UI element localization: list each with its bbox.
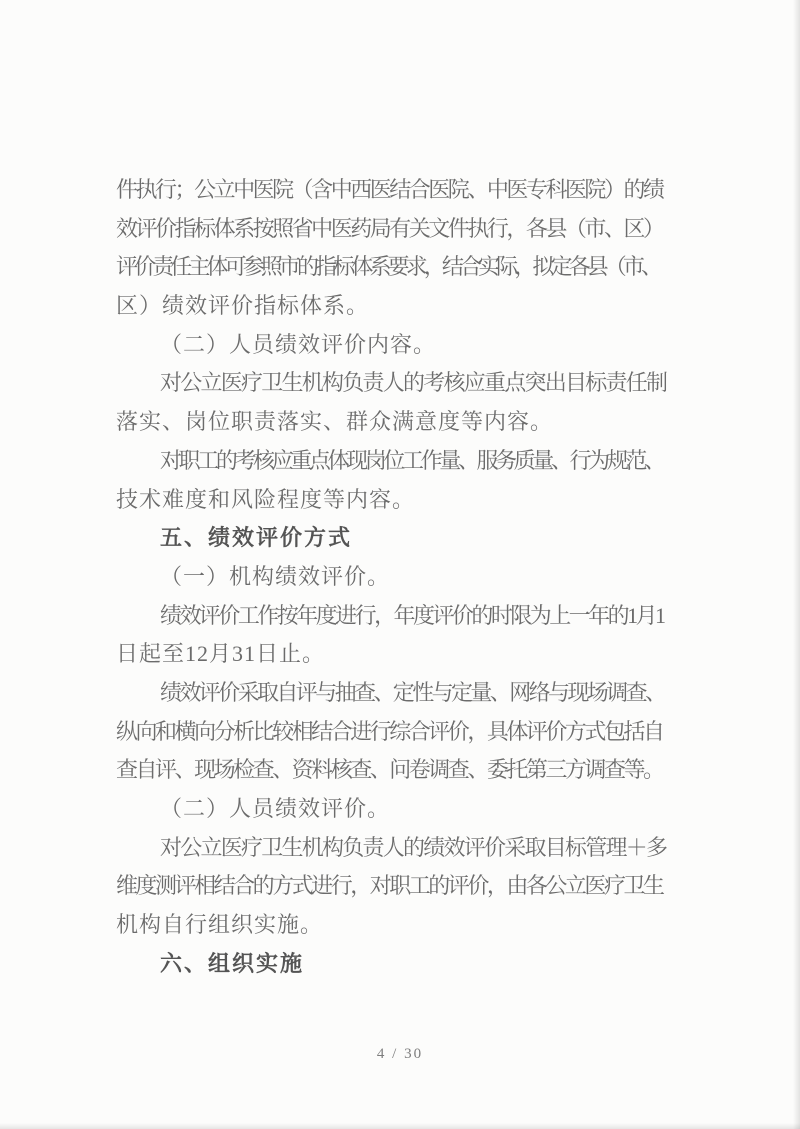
text-line: 维度测评相结合的方式进行，对职工的评价，由各公立医疗卫生 bbox=[116, 867, 693, 906]
section-heading: 五、绩效评价方式 bbox=[116, 519, 693, 558]
text-line: 绩效评价采取自评与抽查、定性与定量、网络与现场调查、 bbox=[116, 674, 693, 713]
text-line: 件执行；公立中医院（含中西医结合医院、中医专科医院）的绩 bbox=[116, 171, 693, 210]
text-line: 日起至12月31日止。 bbox=[116, 635, 693, 674]
section-heading: 六、组织实施 bbox=[116, 945, 693, 984]
page-edge-shadow-bottom bbox=[0, 1123, 800, 1129]
text-line: （二）人员绩效评价。 bbox=[116, 790, 693, 829]
text-line: 效评价指标体系按照省中医药局有关文件执行，各县（市、区） bbox=[116, 210, 693, 249]
text-line: 机构自行组织实施。 bbox=[116, 906, 693, 945]
text-line: 技术难度和风险程度等内容。 bbox=[116, 481, 693, 520]
page-number: 4 / 30 bbox=[0, 1046, 800, 1063]
text-block: 件执行；公立中医院（含中西医结合医院、中医专科医院）的绩效评价指标体系按照省中医… bbox=[116, 171, 693, 983]
text-line: 纵向和横向分析比较相结合进行综合评价，具体评价方式包括自 bbox=[116, 713, 693, 752]
text-line: 评价责任主体可参照市的指标体系要求，结合实际，拟定各县（市、 bbox=[116, 248, 693, 287]
document-page: 件执行；公立中医院（含中西医结合医院、中医专科医院）的绩效评价指标体系按照省中医… bbox=[0, 0, 800, 1129]
text-line: 对公立医疗卫生机构负责人的绩效评价采取目标管理＋多 bbox=[116, 829, 693, 868]
text-line: （一）机构绩效评价。 bbox=[116, 558, 693, 597]
text-line: 绩效评价工作按年度进行，年度评价的时限为上一年的1月1 bbox=[116, 597, 693, 636]
text-line: 落实、岗位职责落实、群众满意度等内容。 bbox=[116, 403, 693, 442]
text-line: 区）绩效评价指标体系。 bbox=[116, 287, 693, 326]
text-line: 对职工的考核应重点体现岗位工作量、服务质量、行为规范、 bbox=[116, 442, 693, 481]
text-line: （二）人员绩效评价内容。 bbox=[116, 326, 693, 365]
text-line: 查自评、现场检查、资料核查、问卷调查、委托第三方调查等。 bbox=[116, 751, 693, 790]
text-line: 对公立医疗卫生机构负责人的考核应重点突出目标责任制 bbox=[116, 364, 693, 403]
page-edge-shadow-right bbox=[793, 0, 800, 1129]
